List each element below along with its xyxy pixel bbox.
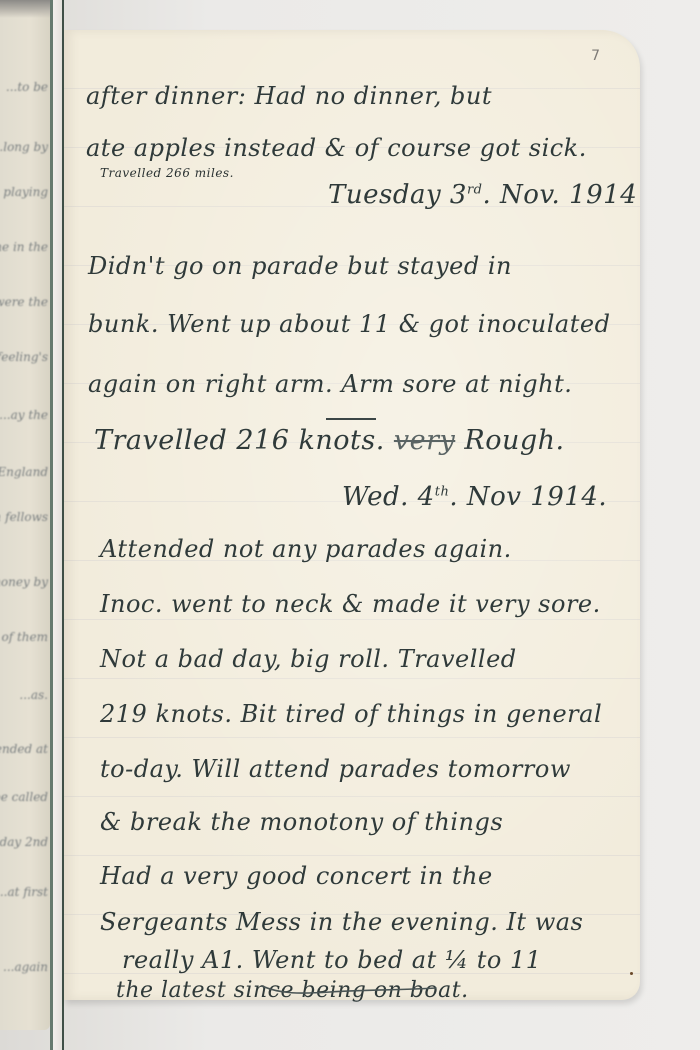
- left-page-fragment: ...attended at: [0, 742, 48, 756]
- book-spine-gutter: [53, 0, 62, 1050]
- diary-line: again on right arm. Arm sore at night.: [88, 370, 572, 398]
- left-page-fragment: ...ay the: [0, 408, 48, 422]
- ink-speck: [630, 972, 633, 975]
- diary-line: 219 knots. Bit tired of things in genera…: [100, 700, 602, 728]
- diary-line-travel: Travelled 216 knots. very Rough.: [94, 425, 565, 456]
- diary-line: Had a very good concert in the: [100, 862, 493, 890]
- date-suffix: th: [435, 484, 450, 499]
- left-page-fragment: ...were playing: [0, 185, 48, 199]
- left-page-fragment: ...but were the: [0, 295, 48, 309]
- date-number: 3: [450, 180, 467, 210]
- diary-line: Sergeants Mess in the evening. It was: [100, 908, 583, 936]
- left-page-fragment: ...again: [3, 960, 48, 974]
- left-page-fragment: ...for England: [0, 465, 48, 479]
- date-number: 4: [418, 482, 435, 512]
- struck-word: very: [394, 425, 455, 456]
- entry-date: Tuesday 3rd. Nov. 1914: [328, 180, 637, 210]
- date-suffix: rd: [467, 182, 483, 197]
- diary-page: 7 after dinner: Had no dinner, but ate a…: [64, 30, 640, 1000]
- page-edge-shadow: [0, 0, 50, 18]
- page-number: 7: [591, 48, 600, 64]
- underline-mark: [326, 418, 376, 420]
- left-page-fragment: ...at first: [0, 885, 48, 899]
- left-page-fragment: ...me in the: [0, 240, 48, 254]
- diary-line: & break the monotony of things: [100, 808, 503, 836]
- left-page-fragment: ...feeling's: [0, 350, 48, 364]
- left-page-fragment: ...money by: [0, 575, 48, 589]
- diary-line: Not a bad day, big roll. Travelled: [100, 645, 517, 673]
- date-rest: . Nov 1914.: [449, 482, 607, 512]
- left-page-fragment: ...all of them: [0, 630, 48, 644]
- left-page-fragment: ...to be called: [0, 790, 48, 804]
- diary-line: to-day. Will attend parades tomorrow: [100, 755, 571, 783]
- travel-condition: Rough.: [464, 425, 564, 456]
- travel-text: Travelled 216 knots.: [94, 425, 385, 456]
- diary-line: ate apples instead & of course got sick.: [86, 134, 587, 162]
- diary-line: bunk. Went up about 11 & got inoculated: [88, 310, 610, 338]
- left-page-fragment: ...to be: [6, 80, 48, 94]
- date-rest: . Nov. 1914: [483, 180, 638, 210]
- diary-line: Inoc. went to neck & made it very sore.: [100, 590, 601, 618]
- left-page-fragment: ...long by: [0, 140, 48, 154]
- left-page-fragment: ...french fellows: [0, 510, 48, 524]
- entry-date: Wed. 4th. Nov 1914.: [342, 482, 607, 512]
- left-page-fragment: ...as.: [19, 688, 48, 702]
- diary-line: Didn't go on parade but stayed in: [88, 252, 512, 280]
- date-day: Wed.: [342, 482, 409, 512]
- date-day: Tuesday: [328, 180, 441, 210]
- margin-note: Travelled 266 miles.: [100, 166, 234, 180]
- diary-line: really A1. Went to bed at ¼ to 11: [122, 946, 542, 974]
- left-page-fragment: ...day 2nd: [0, 835, 48, 849]
- diary-line: Attended not any parades again.: [100, 535, 512, 563]
- end-flourish-icon: [260, 982, 440, 998]
- diary-line: after dinner: Had no dinner, but: [86, 82, 492, 110]
- left-page: ...to be ...long by ...were playing ...m…: [0, 0, 50, 1030]
